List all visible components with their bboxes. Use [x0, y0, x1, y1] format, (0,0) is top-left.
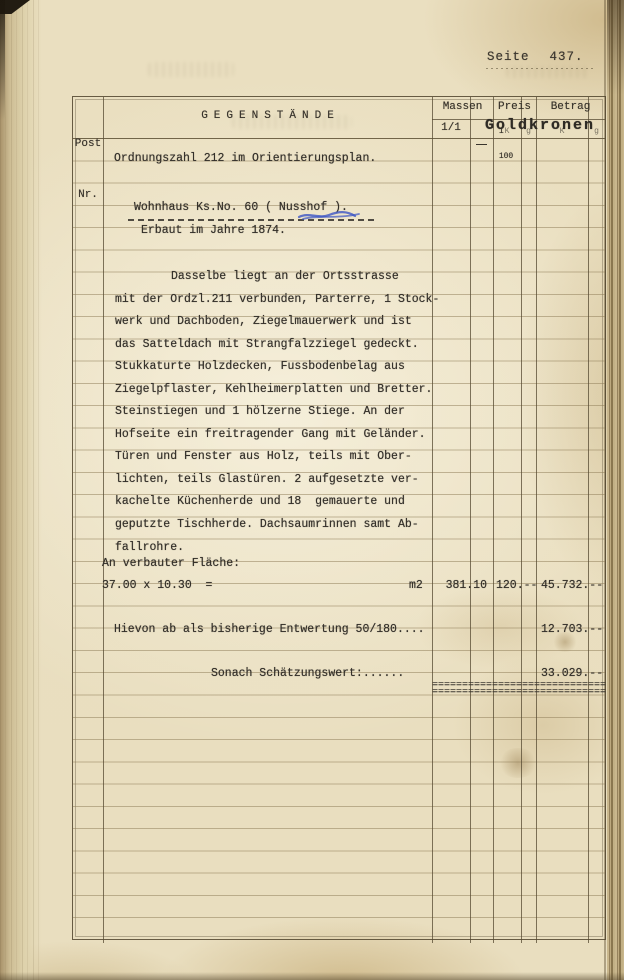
page-number-underline [486, 68, 594, 69]
area-unit: m2 [409, 579, 423, 593]
betrag-value: 45.732.-- [541, 579, 603, 593]
scanned-ledger-page: Seite437. Post Nr. GEGENSTÄNDE Massen 1/… [0, 0, 624, 980]
ordnungszahl-line: Ordnungszahl 212 im Orientierungsplan. [114, 152, 376, 166]
description-line: geputzte Tischherde. Dachsaumrinnen samt… [115, 514, 515, 537]
column-divider [588, 97, 589, 943]
description-line: lichten, teils Glastüren. 2 aufgesetzte … [115, 469, 515, 492]
deduction-value: 12.703.-- [541, 623, 603, 637]
page-number: Seite437. [487, 50, 584, 64]
nr-label: Nr. [73, 187, 103, 204]
page-stack-edge [607, 0, 624, 980]
column-header-preis: Preis [493, 101, 536, 113]
massen-value: 381.10 [431, 579, 487, 593]
post-label: Post [73, 136, 103, 153]
double-rule-line: ============================= [432, 689, 608, 696]
double-rule-line: ============================= [432, 682, 608, 689]
column-header-gegenstaende: GEGENSTÄNDE [103, 110, 432, 122]
description-line: Stukkaturte Holzdecken, Fussbodenbelag a… [115, 356, 515, 379]
pen-scribble [297, 208, 363, 222]
bleedthrough-smudge [148, 62, 234, 77]
preis-value: 120.-- [496, 579, 537, 593]
header-bottom-line [73, 138, 605, 139]
description-line: fallrohre. [115, 537, 515, 560]
seite-value: 437. [550, 50, 584, 64]
description-paragraph: Dasselbe liegt an der Ortsstrasse mit de… [115, 266, 515, 559]
description-line: Hofseite ein freitragender Gang mit Gelä… [115, 424, 515, 447]
left-edge-shadow [0, 0, 5, 120]
deduction-label: Hievon ab als bisherige Entwertung 50/18… [114, 623, 425, 637]
description-line: Ziegelpflaster, Kehlheimerplatten und Br… [115, 379, 515, 402]
description-line: kachelte Küchenherde und 18 gemauerte un… [115, 491, 515, 514]
book-spine-edge [0, 0, 42, 980]
seite-label: Seite [487, 50, 530, 64]
column-header-massen: Massen [432, 101, 493, 113]
fraction-denominator: 100 [499, 152, 513, 161]
massen-subheader-1-1: 1/1 [432, 122, 470, 134]
column-header-betrag: Betrag [536, 101, 605, 113]
description-line: Steinstiegen und 1 hölzerne Stiege. An d… [115, 401, 515, 424]
result-label: Sonach Schätzungswert:...... [211, 667, 404, 681]
description-line: das Satteldach mit Strangfalzziegel gede… [115, 334, 515, 357]
column-divider [536, 97, 537, 943]
description-line: Türen und Fenster aus Holz, teils mit Ob… [115, 446, 515, 469]
description-line: werk und Dachboden, Ziegelmauerwerk und … [115, 311, 515, 334]
fraction-bar [476, 144, 487, 145]
description-line: mit der Ordzl.211 verbunden, Parterre, 1… [115, 289, 515, 312]
valuation-table: Post Nr. GEGENSTÄNDE Massen 1/1 1 100 Pr… [72, 96, 606, 940]
column-divider [521, 97, 522, 943]
column-header-post-nr: Post Nr. [73, 102, 103, 238]
area-calculation: 37.00 x 10.30 = [102, 579, 212, 593]
currency-overlay-label: Goldkronen [485, 117, 609, 134]
result-value: 33.029.-- [541, 667, 603, 681]
column-divider [103, 97, 104, 943]
area-label: An verbauter Fläche: [102, 557, 240, 571]
description-line: Dasselbe liegt an der Ortsstrasse [115, 266, 515, 289]
built-year-line: Erbaut im Jahre 1874. [141, 224, 286, 238]
bottom-shadow [0, 972, 624, 980]
